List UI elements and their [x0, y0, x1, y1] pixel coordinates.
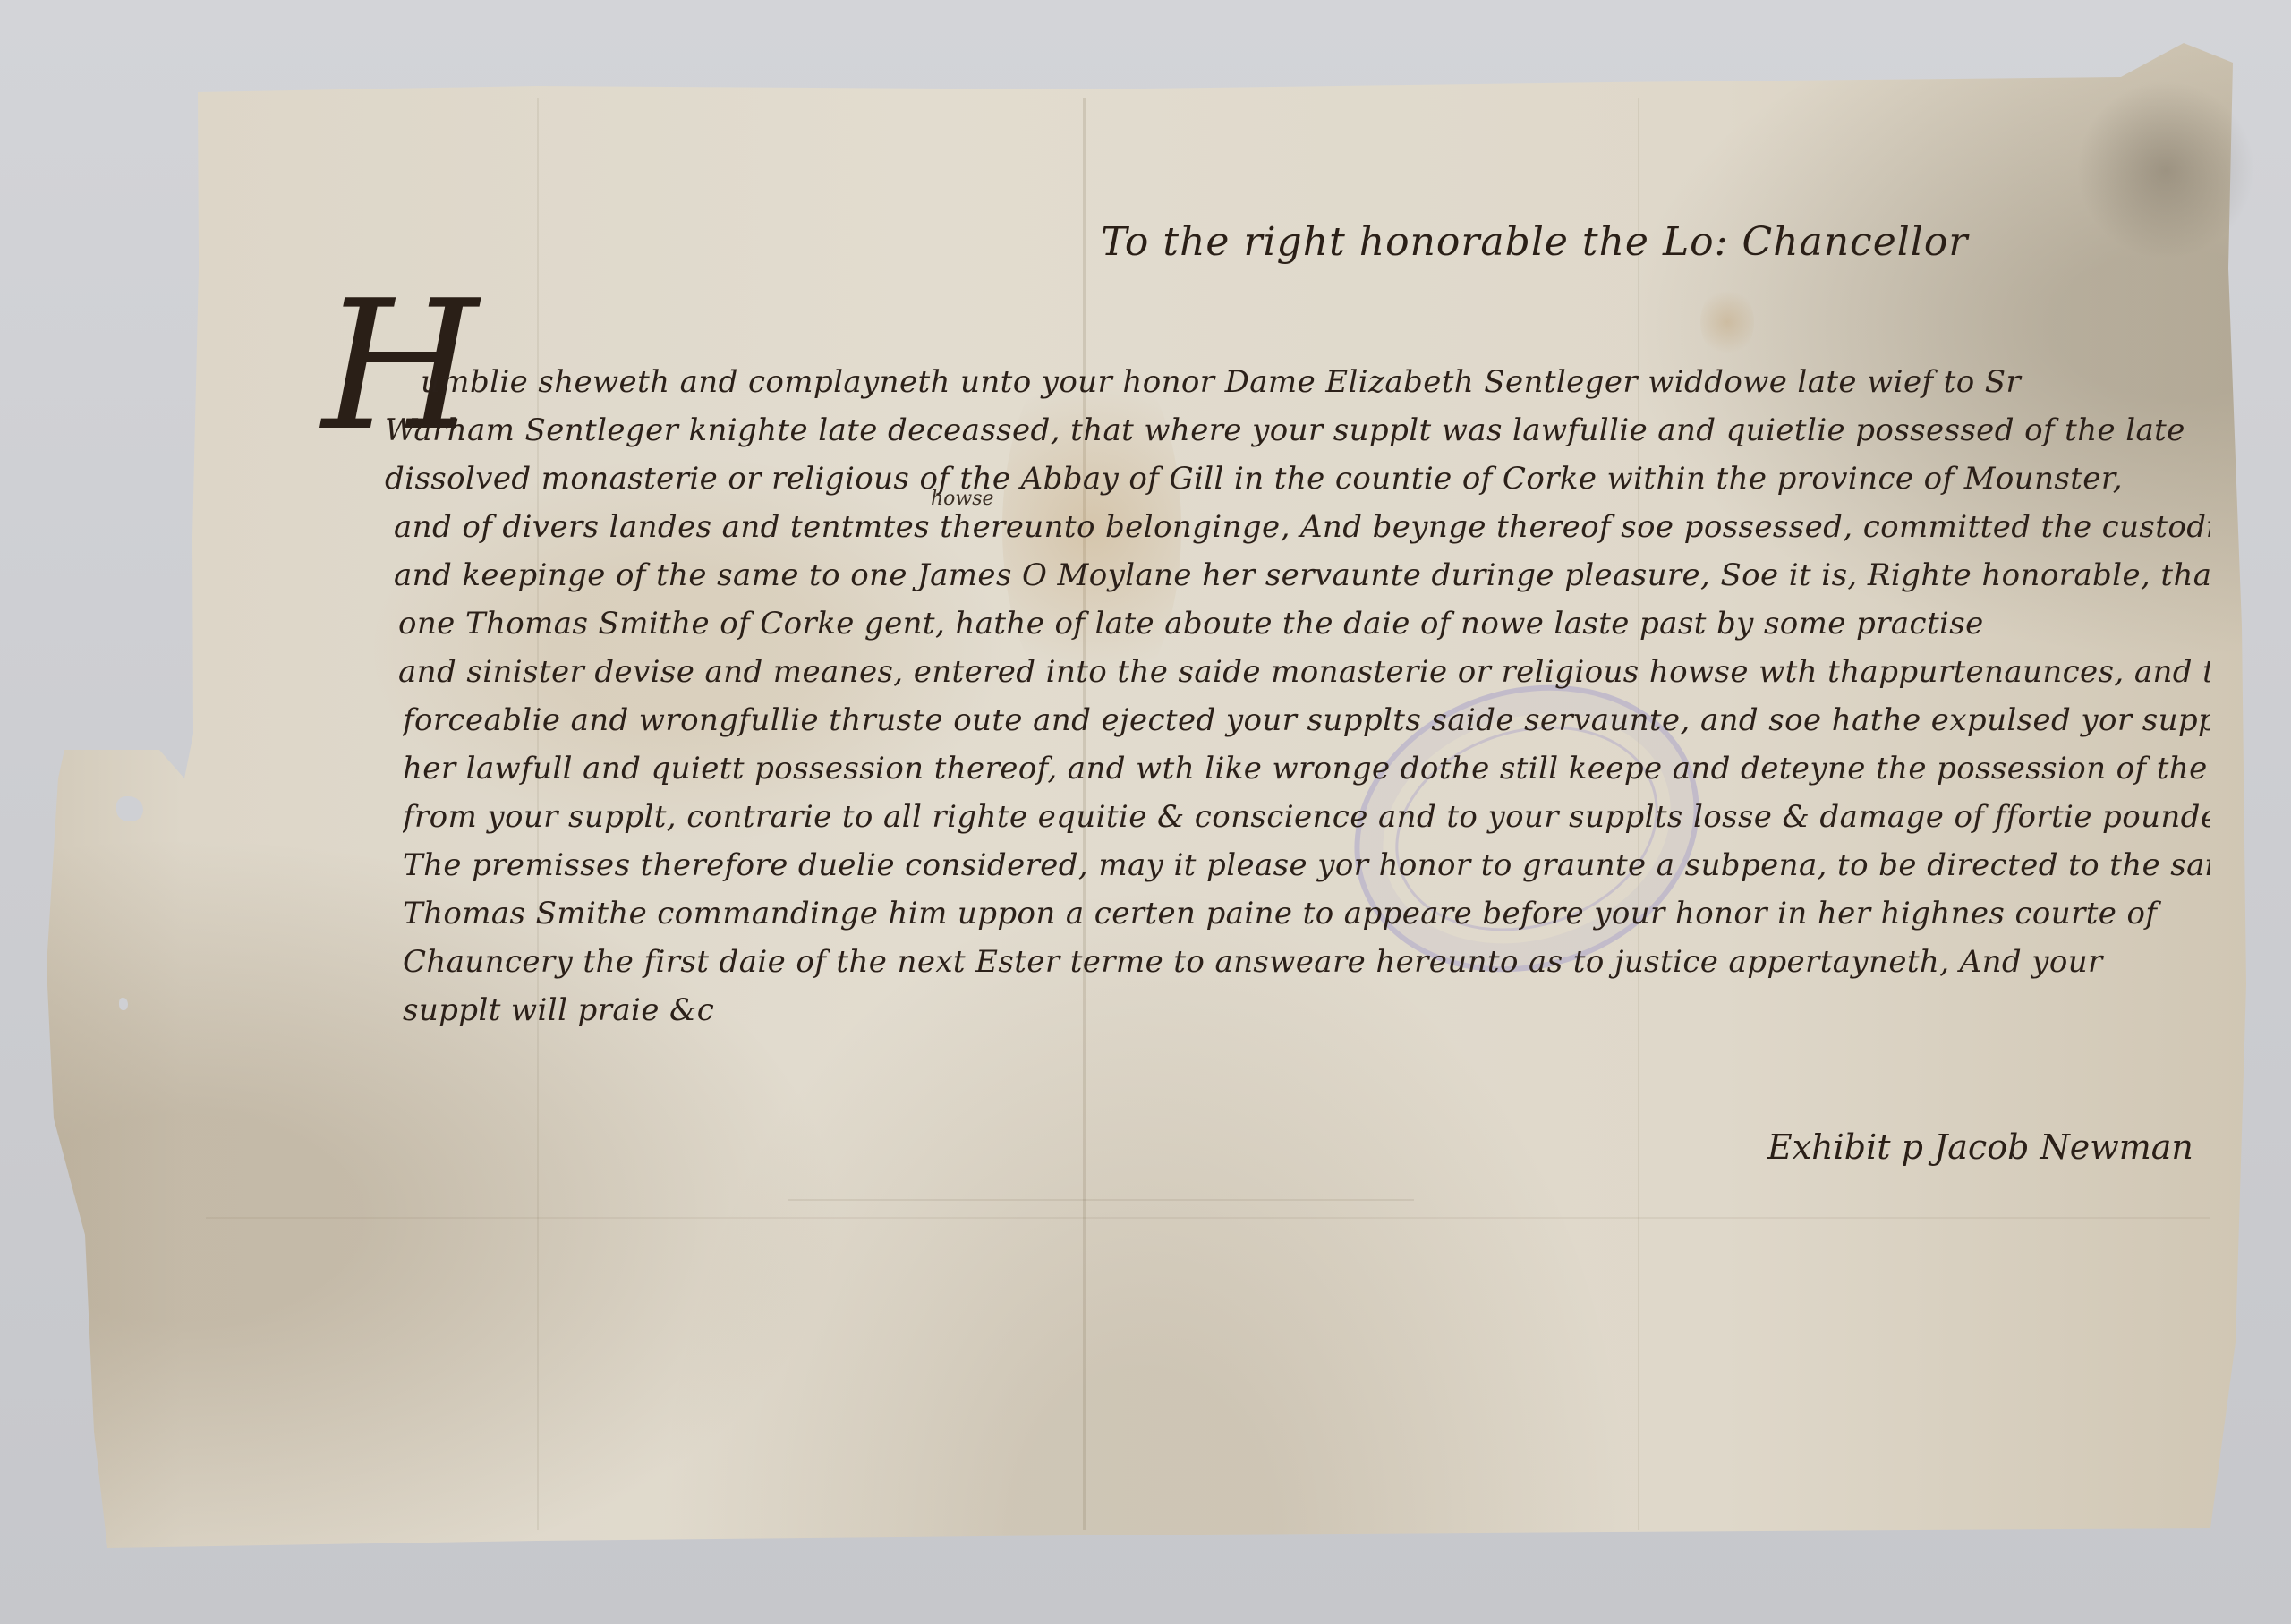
petition-line: and of divers landes and tentmtes thereu…: [394, 503, 2210, 551]
petition-line: umblie sheweth and complayneth unto your…: [403, 358, 2210, 406]
petition-line: Chauncery the first daie of the next Est…: [403, 938, 2210, 986]
edge-discoloration: [2076, 81, 2255, 259]
petition-line: one Thomas Smithe of Corke gent, hathe o…: [398, 599, 2210, 648]
petition-body: umblie sheweth and complayneth unto your…: [403, 358, 2210, 1034]
paper-hole: [116, 796, 143, 821]
petition-line: The premisses therefore duelie considere…: [403, 841, 2210, 889]
petition-line: Warham Sentleger knighte late deceassed,…: [385, 406, 2210, 455]
petition-line: Thomas Smithe commandinge him uppon a ce…: [403, 889, 2210, 938]
paper-hole: [119, 998, 128, 1010]
horizontal-fold-crease: [206, 1217, 2210, 1219]
petition-line: supplt will praie &c: [403, 986, 2210, 1034]
petition-line: and sinister devise and meanes, entered …: [398, 648, 2210, 696]
petition-line: her lawfull and quiett possession thereo…: [403, 744, 2210, 793]
petition-line: and keepinge of the same to one James O …: [394, 551, 2210, 599]
horizontal-fold-crease: [788, 1199, 1414, 1201]
document-heading: To the right honorable the Lo: Chancello…: [1101, 219, 1968, 265]
petition-line: forceablie and wrongfullie thruste oute …: [403, 696, 2210, 744]
petition-line: dissolved monasterie or religious of the…: [385, 455, 2210, 503]
foxing-stain: [1700, 286, 1754, 358]
petition-line: from your supplt, contrarie to all right…: [403, 793, 2210, 841]
signature: Exhibit p Jacob Newman: [1767, 1127, 2193, 1167]
